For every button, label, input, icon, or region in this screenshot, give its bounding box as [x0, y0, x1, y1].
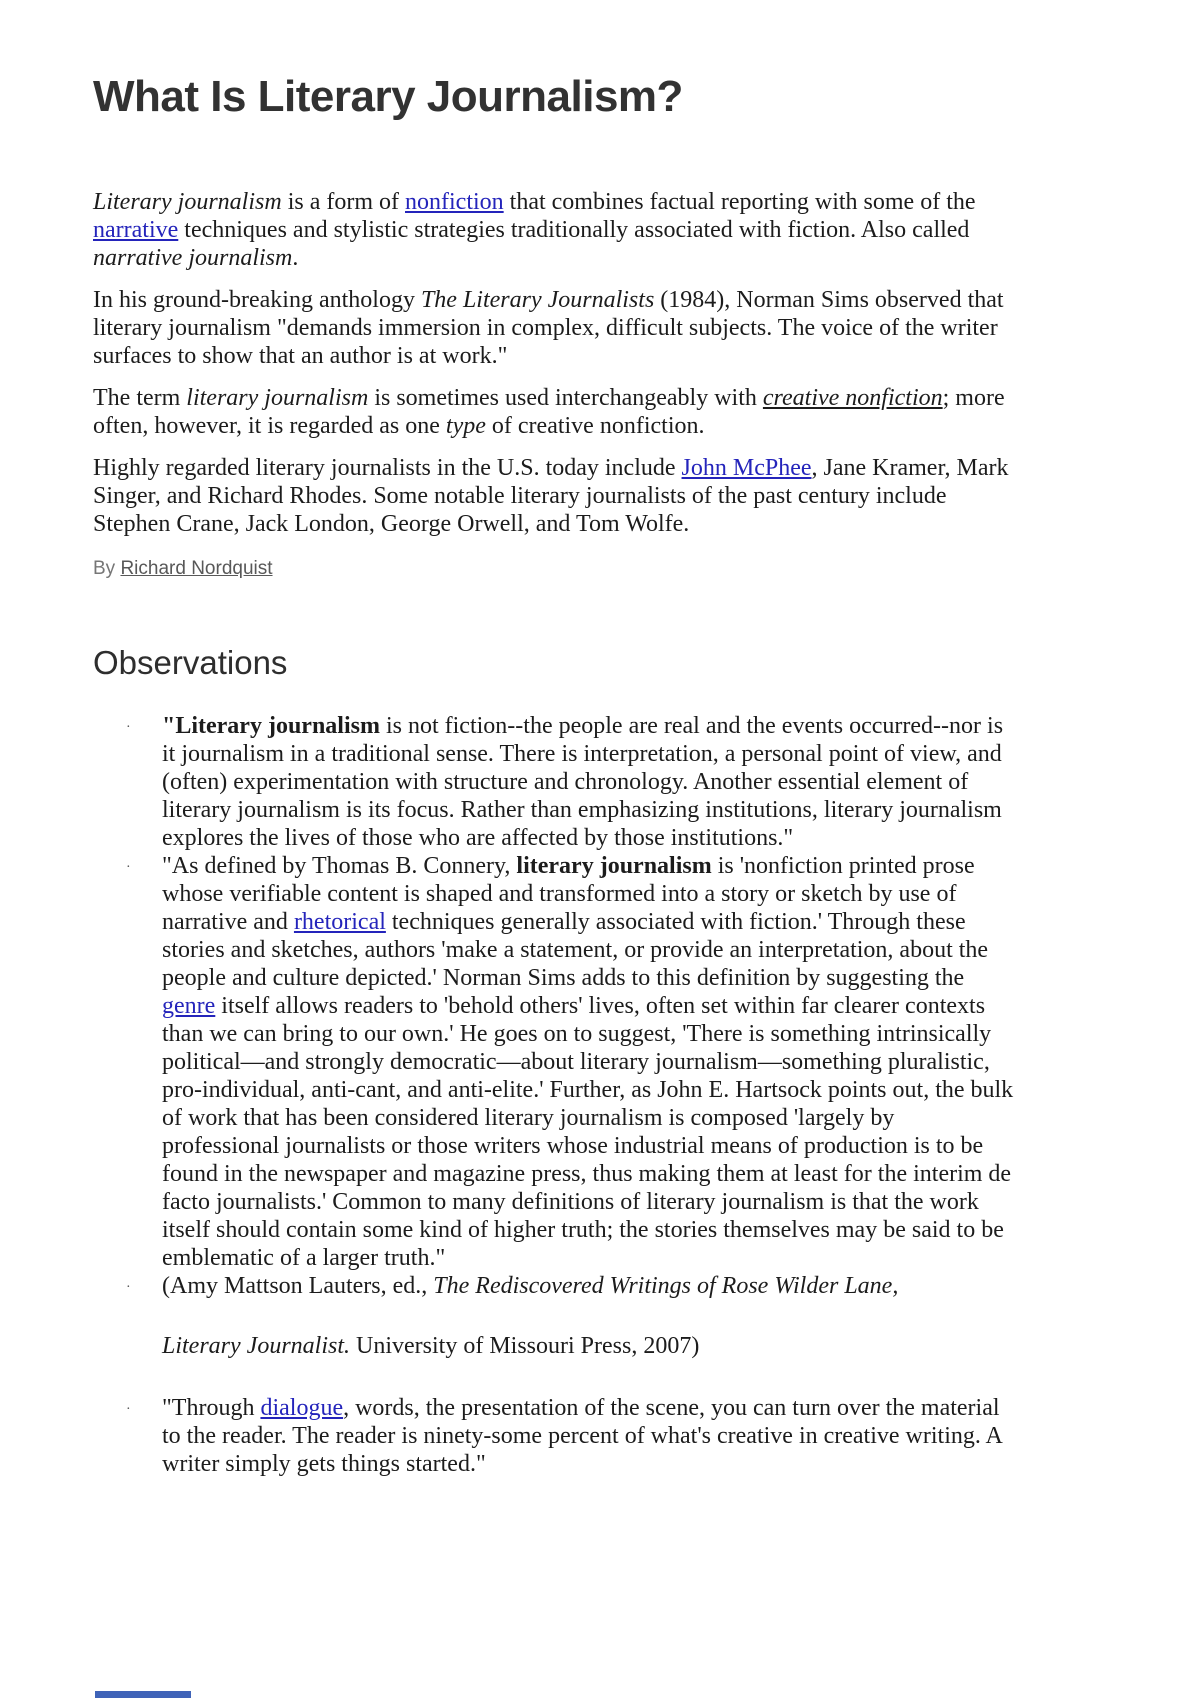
observation-quote-2: "As defined by Thomas B. Connery, litera… — [162, 852, 1015, 1272]
intro-paragraph-2: In his ground-breaking anthology The Lit… — [93, 286, 1015, 370]
author-link[interactable]: Richard Nordquist — [120, 558, 272, 579]
text-segment: Literary Journalist. — [162, 1333, 350, 1359]
list-item: · "Through dialogue, words, the presenta… — [162, 1394, 1015, 1478]
byline-prefix: By — [93, 558, 120, 579]
bullet-icon: · — [126, 1403, 131, 1417]
text-segment: techniques and stylistic strategies trad… — [178, 217, 969, 243]
narrative-link[interactable]: narrative — [93, 217, 178, 243]
nonfiction-link[interactable]: nonfiction — [405, 189, 504, 215]
byline: By Richard Nordquist — [93, 558, 1015, 580]
text-segment: University of Missouri Press, 2007) — [350, 1333, 699, 1359]
creative-nonfiction-link[interactable]: creative nonfiction — [763, 385, 943, 411]
text-segment: . — [292, 245, 298, 271]
article-page: What Is Literary Journalism? Literary jo… — [0, 0, 1200, 1698]
intro-paragraph-4: Highly regarded literary journalists in … — [93, 454, 1015, 538]
text-segment: itself allows readers to 'behold others'… — [162, 993, 1013, 1271]
text-segment: literary journalism — [186, 385, 368, 411]
text-segment: Literary journalism — [93, 189, 282, 215]
text-segment: narrative journalism — [93, 245, 292, 271]
text-segment: type — [446, 413, 486, 439]
observations-heading: Observations — [93, 644, 1015, 682]
text-segment: (Amy Mattson Lauters, ed., — [162, 1273, 433, 1299]
text-segment: "Through — [162, 1395, 260, 1421]
text-segment: Highly regarded literary journalists in … — [93, 455, 682, 481]
bullet-icon: · — [126, 1281, 131, 1295]
bullet-icon: · — [126, 861, 131, 875]
text-segment: is sometimes used interchangeably with — [368, 385, 763, 411]
intro-paragraph-3: The term literary journalism is sometime… — [93, 384, 1015, 440]
john-mcphee-link[interactable]: John McPhee — [682, 455, 812, 481]
text-segment: The Rediscovered Writings of Rose Wilder… — [433, 1273, 898, 1299]
text-segment: of creative nonfiction. — [486, 413, 705, 439]
text-segment: literary journalism — [516, 853, 711, 879]
genre-link[interactable]: genre — [162, 993, 215, 1019]
page-title: What Is Literary Journalism? — [93, 72, 1015, 122]
text-segment: In his ground-breaking anthology — [93, 287, 421, 313]
list-item: · "Literary journalism is not fiction--t… — [162, 712, 1015, 852]
text-segment: is a form of — [282, 189, 405, 215]
observations-list: · "Literary journalism is not fiction--t… — [93, 712, 1015, 1478]
intro-paragraph-1: Literary journalism is a form of nonfict… — [93, 188, 1015, 272]
bullet-icon: · — [126, 721, 131, 735]
list-item: · "As defined by Thomas B. Connery, lite… — [162, 852, 1015, 1272]
citation-line-2: Literary Journalist. University of Misso… — [162, 1332, 1015, 1360]
observation-quote-1: "Literary journalism is not fiction--the… — [162, 712, 1015, 852]
observation-quote-3: "Through dialogue, words, the presentati… — [162, 1394, 1015, 1478]
clipped-blue-element — [95, 1691, 191, 1698]
dialogue-link[interactable]: dialogue — [260, 1395, 343, 1421]
text-segment: The term — [93, 385, 186, 411]
text-segment: "As defined by Thomas B. Connery, — [162, 853, 516, 879]
citation-line-1: (Amy Mattson Lauters, ed., The Rediscove… — [162, 1272, 1015, 1300]
text-segment: The Literary Journalists — [421, 287, 654, 313]
text-segment: "Literary journalism — [162, 713, 380, 739]
list-item: · (Amy Mattson Lauters, ed., The Redisco… — [162, 1272, 1015, 1360]
rhetorical-link[interactable]: rhetorical — [294, 909, 386, 935]
text-segment: that combines factual reporting with som… — [504, 189, 976, 215]
